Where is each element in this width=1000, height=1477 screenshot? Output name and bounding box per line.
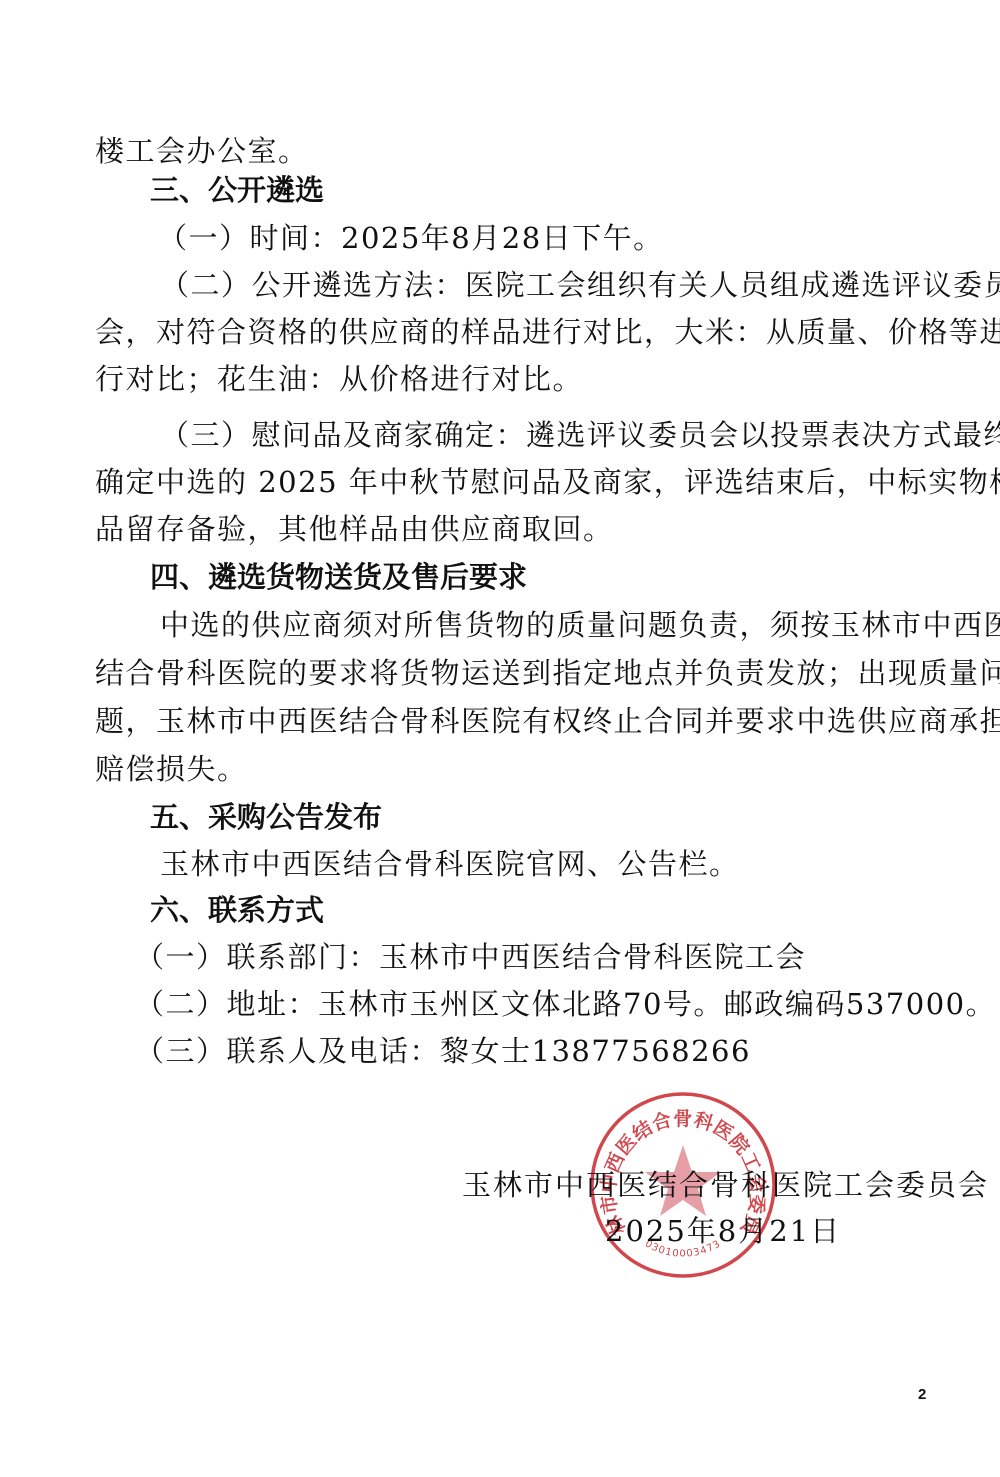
section-3-item-2-line-3: 行对比；花生油：从价格进行对比。 — [95, 362, 917, 396]
contact-department: （一）联系部门：玉林市中西医结合骨科医院工会 — [135, 940, 957, 974]
section-3-item-2-line-1: （二）公开遴选方法：医院工会组织有关人员组成遴选评议委员 — [160, 268, 915, 302]
document-page: 楼工会办公室。 三、公开遴选 （一）时间：2025年8月28日下午。 （二）公开… — [0, 0, 1000, 1477]
section-4-para-line-4: 赔偿损失。 — [95, 752, 917, 786]
section-heading-5: 五、采购公告发布 — [150, 800, 972, 834]
section-heading-4: 四、遴选货物送货及售后要求 — [150, 560, 972, 594]
section-4-para-line-3: 题，玉林市中西医结合骨科医院有权终止合同并要求中选供应商承担 — [95, 704, 917, 738]
section-4-para-line-1: 中选的供应商须对所售货物的质量问题负责，须按玉林市中西医 — [160, 608, 915, 642]
page-number: 2 — [918, 1386, 926, 1403]
section-heading-6: 六、联系方式 — [150, 893, 972, 927]
section-3-item-3-line-1: （三）慰问品及商家确定：遴选评议委员会以投票表决方式最终 — [160, 418, 915, 452]
signature-organization: 玉林市中西医结合骨科医院工会委员会 — [462, 1168, 989, 1202]
section-4-para-line-2: 结合骨科医院的要求将货物运送到指定地点并负责发放；出现质量问 — [95, 656, 917, 690]
section-heading-3: 三、公开遴选 — [150, 173, 972, 207]
continuation-line: 楼工会办公室。 — [95, 134, 917, 168]
section-5-text: 玉林市中西医结合骨科医院官网、公告栏。 — [160, 847, 982, 881]
contact-address: （二）地址：玉林市玉州区文体北路70号。邮政编码537000。 — [135, 987, 957, 1021]
contact-person-phone: （三）联系人及电话：黎女士13877568266 — [135, 1034, 957, 1068]
section-3-item-3-line-3: 品留存备验，其他样品由供应商取回。 — [95, 512, 917, 546]
section-3-item-2-line-2: 会，对符合资格的供应商的样品进行对比，大米：从质量、价格等进 — [95, 315, 917, 349]
signature-date: 2025年8月21日 — [605, 1214, 841, 1248]
section-3-item-1: （一）时间：2025年8月28日下午。 — [158, 221, 980, 255]
section-3-item-3-line-2: 确定中选的 2025 年中秋节慰问品及商家，评选结束后，中标实物样 — [95, 465, 917, 499]
